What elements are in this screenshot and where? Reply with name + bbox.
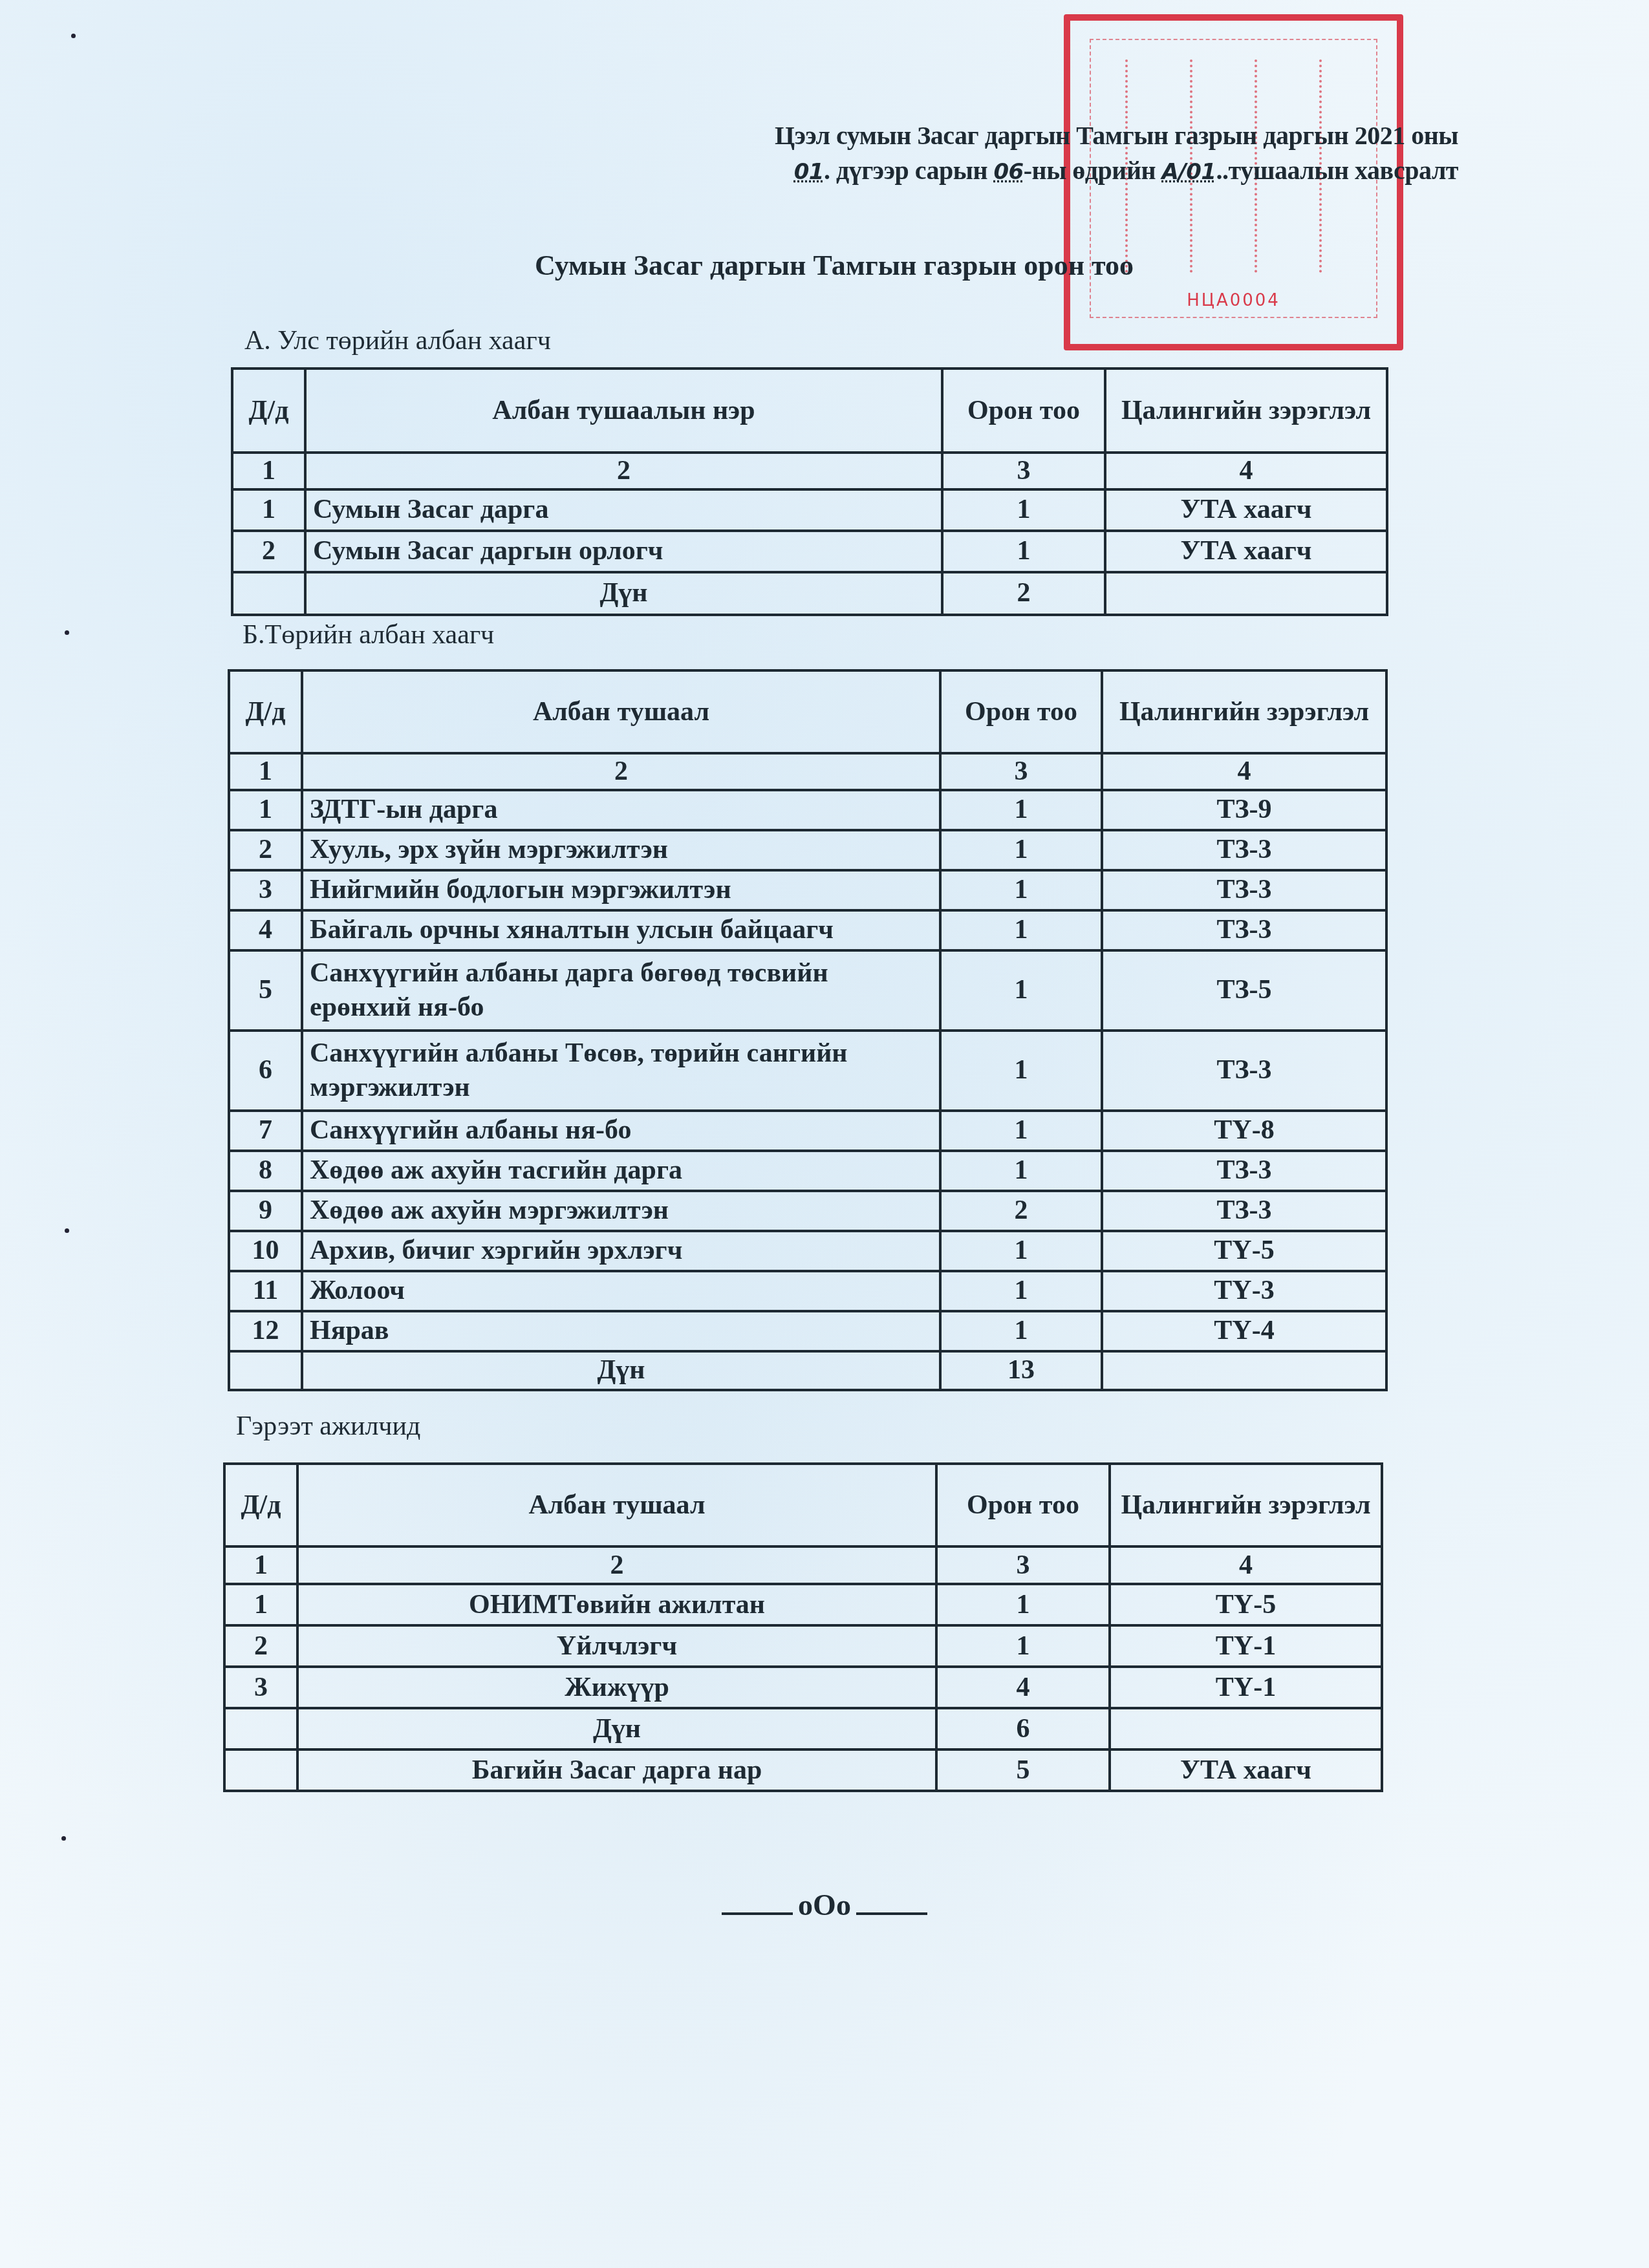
table-header-row: Д/д Албан тушаалын нэр Орон тоо Цалингий…: [232, 369, 1387, 453]
row-grade: ТЗ-5: [1102, 950, 1386, 1031]
stamp-code: НЦА0004: [1070, 291, 1397, 310]
row-count: 1: [940, 1271, 1102, 1311]
table-row: 1Сумын Засаг дарга1УТА хаагч: [232, 489, 1387, 531]
row-grade: ТЗ-3: [1102, 870, 1386, 910]
row-no: 8: [229, 1151, 302, 1191]
row-count: 1: [940, 910, 1102, 950]
row-grade: ТҮ-1: [1110, 1667, 1382, 1708]
total-empty-cell: [229, 1351, 302, 1390]
row-grade: ТҮ-5: [1110, 1584, 1382, 1625]
table-row: 2Хууль, эрх зүйн мэргэжилтэн1ТЗ-3: [229, 830, 1386, 870]
row-position: Сумын Засаг даргын орлогч: [305, 531, 942, 572]
row-grade: ТЗ-3: [1102, 1151, 1386, 1191]
index-cell: 1: [224, 1546, 297, 1584]
row-grade: ТҮ-8: [1102, 1111, 1386, 1151]
row-position: Санхүүгийн албаны ня-бо: [302, 1111, 940, 1151]
row-position: Хөдөө аж ахуйн тасгийн дарга: [302, 1151, 940, 1191]
table-row: 8Хөдөө аж ахуйн тасгийн дарга1ТЗ-3: [229, 1151, 1386, 1191]
index-cell: 1: [229, 753, 302, 790]
table-row: 9Хөдөө аж ахуйн мэргэжилтэн2ТЗ-3: [229, 1191, 1386, 1231]
row-no: 3: [224, 1667, 297, 1708]
total-empty-cell: [1105, 572, 1387, 615]
total-label: Дүн: [305, 572, 942, 615]
row-grade: ТЗ-3: [1102, 1191, 1386, 1231]
total-empty-cell: [1110, 1708, 1382, 1749]
row-position: Байгаль орчны хяналтын улсын байцаагч: [302, 910, 940, 950]
table-political-officials: Д/д Албан тушаалын нэр Орон тоо Цалингий…: [231, 367, 1388, 616]
row-no: 2: [224, 1625, 297, 1667]
row-count: 4: [936, 1667, 1110, 1708]
total-row: Дүн 6: [224, 1708, 1382, 1749]
row-grade: ТҮ-5: [1102, 1231, 1386, 1271]
row-no: 4: [229, 910, 302, 950]
document-title: Сумын Засаг даргын Тамгын газрын орон то…: [0, 249, 1649, 282]
table-row: 5Санхүүгийн албаны дарга бөгөөд төсвийн …: [229, 950, 1386, 1031]
table-header-row: Д/д Албан тушаал Орон тоо Цалингийн зэрэ…: [229, 670, 1386, 753]
scan-speck: [71, 34, 76, 38]
table-row: 6Санхүүгийн албаны Төсөв, төрийн сангийн…: [229, 1031, 1386, 1111]
row-no: 7: [229, 1111, 302, 1151]
row-position: Санхүүгийн албаны Төсөв, төрийн сангийн …: [302, 1031, 940, 1111]
index-cell: 3: [936, 1546, 1110, 1584]
row-count: 1: [940, 1031, 1102, 1111]
row-count: 2: [940, 1191, 1102, 1231]
row-no: 1: [232, 489, 305, 531]
header-grade: Цалингийн зэрэглэл: [1102, 670, 1386, 753]
handwritten-month: 01: [794, 159, 824, 185]
row-no: 1: [224, 1584, 297, 1625]
table-row: 1ЗДТГ-ын дарга1ТЗ-9: [229, 790, 1386, 830]
handwritten-order-number: А/01: [1161, 159, 1216, 185]
row-no: 3: [229, 870, 302, 910]
header-position: Албан тушаал: [297, 1464, 936, 1546]
row-position: Багийн Засаг дарга нар: [297, 1749, 936, 1791]
table-row: 1ОНИМТөвийн ажилтан1ТҮ-5: [224, 1584, 1382, 1625]
index-cell: 4: [1102, 753, 1386, 790]
row-position: Санхүүгийн албаны дарга бөгөөд төсвийн е…: [302, 950, 940, 1031]
row-position: Жижүүр: [297, 1667, 936, 1708]
end-of-document-mark: oOo: [0, 1888, 1649, 1922]
table-row: 4Байгаль орчны хяналтын улсын байцаагч1Т…: [229, 910, 1386, 950]
row-position: Архив, бичиг хэргийн эрхлэгч: [302, 1231, 940, 1271]
total-empty-cell: [232, 572, 305, 615]
row-position: Жолооч: [302, 1271, 940, 1311]
row-count: 1: [940, 1231, 1102, 1271]
header-grade: Цалингийн зэрэглэл: [1110, 1464, 1382, 1546]
row-no: 5: [229, 950, 302, 1031]
table-row: 2Үйлчлэгч1ТҮ-1: [224, 1625, 1382, 1667]
header-count: Орон тоо: [942, 369, 1105, 453]
total-label: Дүн: [302, 1351, 940, 1390]
row-no: 12: [229, 1311, 302, 1351]
row-grade: ТҮ-1: [1110, 1625, 1382, 1667]
row-count: 1: [940, 830, 1102, 870]
total-label: Дүн: [297, 1708, 936, 1749]
scan-speck: [61, 1836, 66, 1841]
table-header-row: Д/д Албан тушаал Орон тоо Цалингийн зэрэ…: [224, 1464, 1382, 1546]
row-count: 1: [942, 531, 1105, 572]
row-position: ОНИМТөвийн ажилтан: [297, 1584, 936, 1625]
index-cell: 2: [305, 453, 942, 489]
row-grade: УТА хаагч: [1105, 531, 1387, 572]
row-grade: ТЗ-3: [1102, 1031, 1386, 1111]
table-row: 3Жижүүр4ТҮ-1: [224, 1667, 1382, 1708]
table-row: 11Жолооч1ТҮ-3: [229, 1271, 1386, 1311]
header-count: Орон тоо: [940, 670, 1102, 753]
index-cell: 3: [940, 753, 1102, 790]
scan-speck: [65, 1228, 69, 1233]
index-row: 1 2 3 4: [232, 453, 1387, 489]
row-position: Нийгмийн бодлогын мэргэжилтэн: [302, 870, 940, 910]
row-count: 1: [940, 1151, 1102, 1191]
row-grade: УТА хаагч: [1110, 1749, 1382, 1791]
row-grade: ТЗ-3: [1102, 910, 1386, 950]
section-b-label: Б.Төрийн албан хаагч: [242, 619, 494, 650]
row-count: 1: [940, 1111, 1102, 1151]
row-position: Үйлчлэгч: [297, 1625, 936, 1667]
row-no: 9: [229, 1191, 302, 1231]
total-value: 2: [942, 572, 1105, 615]
table-row: 12Нярав1ТҮ-4: [229, 1311, 1386, 1351]
index-cell: 4: [1110, 1546, 1382, 1584]
index-cell: 3: [942, 453, 1105, 489]
row-count: 1: [940, 950, 1102, 1031]
header-position: Албан тушаал: [302, 670, 940, 753]
total-row: Дүн 2: [232, 572, 1387, 615]
header-grade: Цалингийн зэрэглэл: [1105, 369, 1387, 453]
section-a-label: А. Улс төрийн албан хаагч: [244, 325, 551, 356]
row-count: 1: [940, 790, 1102, 830]
row-grade: ТЗ-3: [1102, 830, 1386, 870]
row-position: Нярав: [302, 1311, 940, 1351]
header-count: Орон тоо: [936, 1464, 1110, 1546]
row-position: ЗДТГ-ын дарга: [302, 790, 940, 830]
handwritten-day: 06: [993, 159, 1023, 185]
row-count: 1: [936, 1584, 1110, 1625]
table-contract-workers: Д/д Албан тушаал Орон тоо Цалингийн зэрэ…: [223, 1462, 1383, 1792]
row-position: Сумын Засаг дарга: [305, 489, 942, 531]
end-mark-line: [722, 1912, 793, 1915]
table-row-bag-governors: Багийн Засаг дарга нар 5 УТА хаагч: [224, 1749, 1382, 1791]
row-position: Хөдөө аж ахуйн мэргэжилтэн: [302, 1191, 940, 1231]
index-row: 1 2 3 4: [224, 1546, 1382, 1584]
index-cell: 4: [1105, 453, 1387, 489]
total-value: 13: [940, 1351, 1102, 1390]
end-mark-text: oOo: [798, 1888, 851, 1921]
row-count: 1: [942, 489, 1105, 531]
header-position: Албан тушаалын нэр: [305, 369, 942, 453]
row-no: 11: [229, 1271, 302, 1311]
index-cell: 2: [297, 1546, 936, 1584]
index-cell: 2: [302, 753, 940, 790]
row-count: 1: [940, 1311, 1102, 1351]
row-grade: ТЗ-9: [1102, 790, 1386, 830]
index-row: 1 2 3 4: [229, 753, 1386, 790]
index-cell: 1: [232, 453, 305, 489]
total-row: Дүн 13: [229, 1351, 1386, 1390]
total-empty-cell: [1102, 1351, 1386, 1390]
total-value: 6: [936, 1708, 1110, 1749]
row-count: 1: [936, 1625, 1110, 1667]
row-grade: ТҮ-3: [1102, 1271, 1386, 1311]
row-no: [224, 1749, 297, 1791]
header-text: -ны өдрийн: [1024, 156, 1156, 185]
header-no: Д/д: [224, 1464, 297, 1546]
table-row: 7Санхүүгийн албаны ня-бо1ТҮ-8: [229, 1111, 1386, 1151]
scan-speck: [65, 630, 69, 635]
row-no: 2: [232, 531, 305, 572]
end-mark-line: [856, 1912, 927, 1915]
total-empty-cell: [224, 1708, 297, 1749]
header-no: Д/д: [232, 369, 305, 453]
table-row: 3Нийгмийн бодлогын мэргэжилтэн1ТЗ-3: [229, 870, 1386, 910]
row-count: 5: [936, 1749, 1110, 1791]
table-row: 10Архив, бичиг хэргийн эрхлэгч1ТҮ-5: [229, 1231, 1386, 1271]
table-civil-servants: Д/д Албан тушаал Орон тоо Цалингийн зэрэ…: [228, 669, 1388, 1391]
appendix-header-line2: 01. дүгээр сарын 06-ны өдрийн А/01..туша…: [794, 155, 1458, 186]
row-no: 1: [229, 790, 302, 830]
row-grade: ТҮ-4: [1102, 1311, 1386, 1351]
row-position: Хууль, эрх зүйн мэргэжилтэн: [302, 830, 940, 870]
header-text: ..тушаалын хавсралт: [1216, 156, 1458, 185]
section-c-label: Гэрээт ажилчид: [236, 1411, 420, 1442]
row-grade: УТА хаагч: [1105, 489, 1387, 531]
row-no: 6: [229, 1031, 302, 1111]
header-no: Д/д: [229, 670, 302, 753]
row-no: 2: [229, 830, 302, 870]
appendix-header-line1: Цээл сумын Засаг даргын Тамгын газрын да…: [775, 120, 1458, 151]
header-text: дүгээр сарын: [836, 156, 987, 185]
row-no: 10: [229, 1231, 302, 1271]
row-count: 1: [940, 870, 1102, 910]
table-row: 2Сумын Засаг даргын орлогч1УТА хаагч: [232, 531, 1387, 572]
